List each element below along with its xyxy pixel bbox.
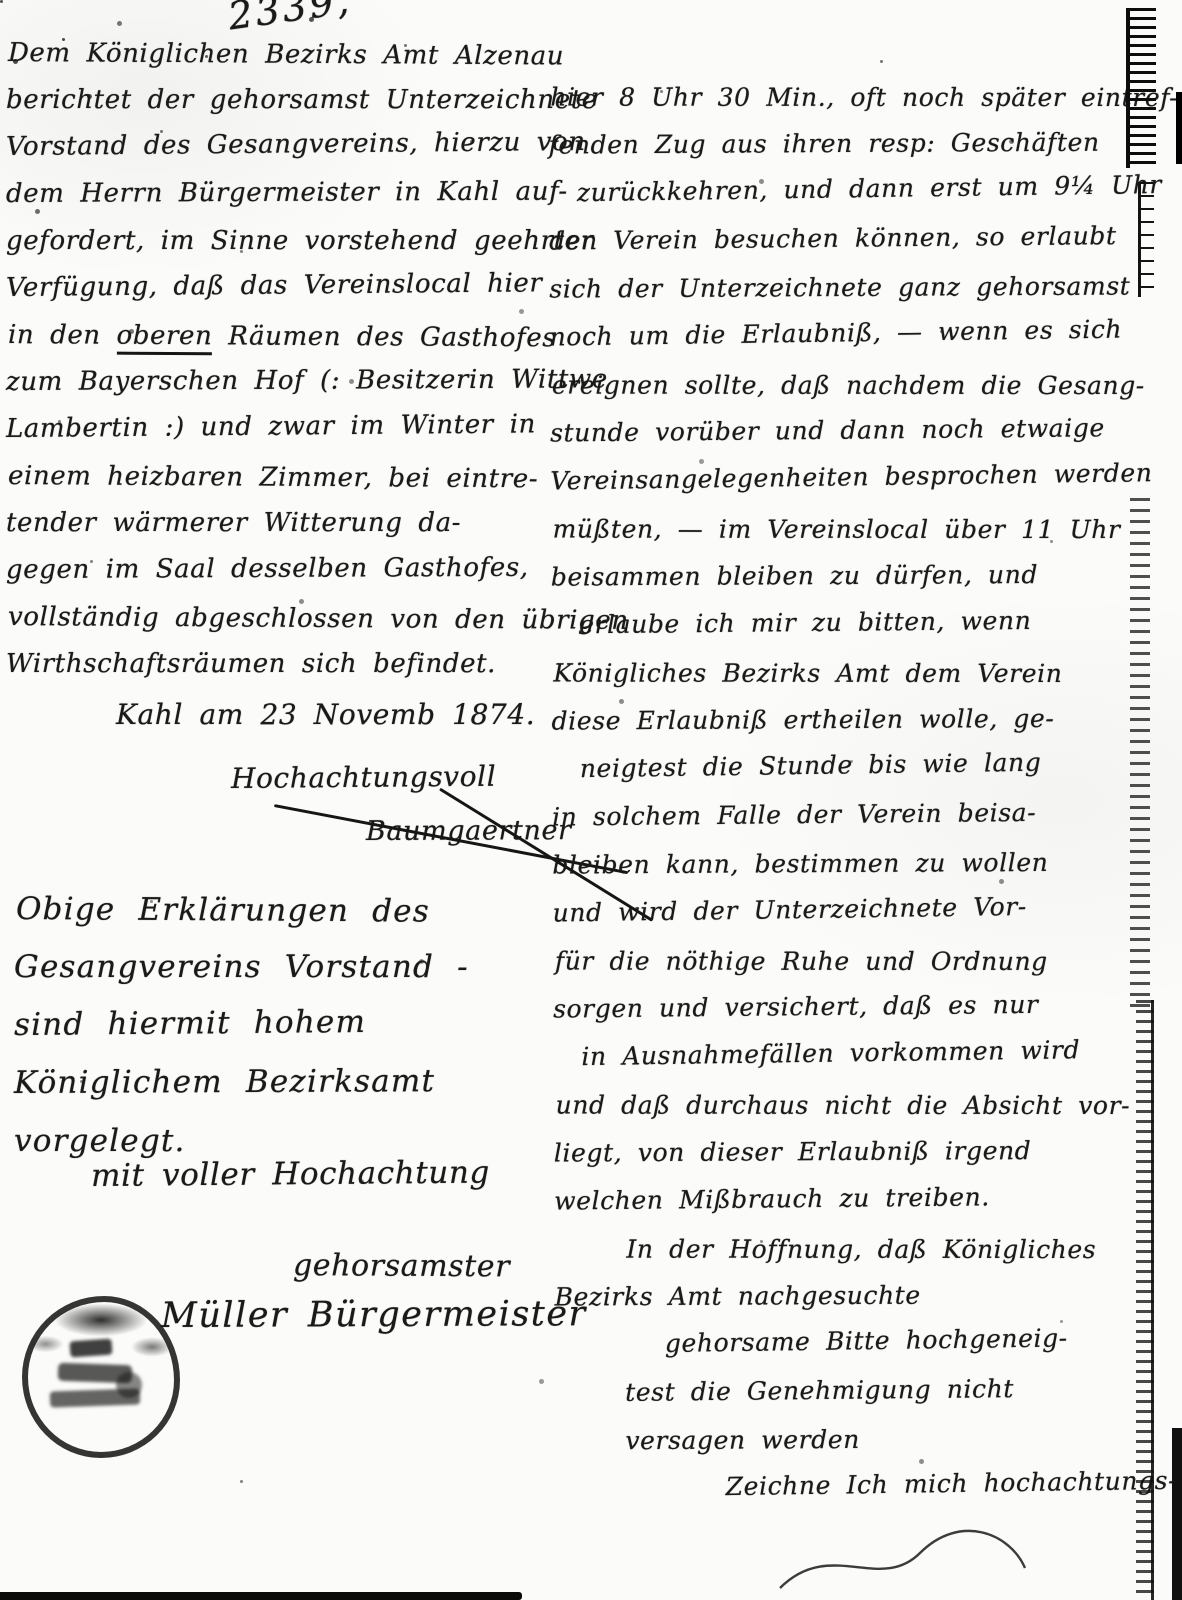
handwritten-line: neigtest die Stunde bis wie lang	[552, 737, 1138, 793]
binding-stitch-marks	[1136, 1000, 1154, 1600]
handwritten-line: Gesangvereins Vorstand -	[14, 938, 469, 996]
handwritten-line: Vereinsangelegenheiten besprochen werden	[550, 449, 1136, 505]
handwritten-line: noch um die Erlaubniß, — wenn es sich	[549, 305, 1135, 361]
handwritten-line: Königlichem Bezirksamt	[14, 1052, 469, 1112]
scan-edge-artifact	[1172, 1428, 1182, 1600]
binding-ruler-marks	[1138, 182, 1154, 297]
forwarding-note: Obige Erklärungen desGesangvereins Vorst…	[14, 880, 469, 1170]
handwritten-line: stunde vorüber und dann noch etwaige	[550, 404, 1135, 458]
handwritten-line: und daß durchaus nicht die Absicht vor-	[556, 1082, 1141, 1131]
handwritten-line: gegen im Saal desselben Gasthofes,	[6, 544, 627, 594]
handwritten-line: für die nöthige Ruhe und Ordnung	[555, 938, 1140, 987]
scan-noise-speckles	[0, 0, 3, 3]
handwritten-line: Vorstand des Gesangvereins, hierzu von	[6, 119, 627, 171]
handwritten-line: Obige Erklärungen des	[16, 880, 471, 941]
struck-signature: Baumgaertner	[366, 815, 572, 847]
right-column: hier 8 Uhr 30 Min., oft noch später eint…	[548, 70, 1141, 1513]
handwritten-line: in solchem Falle der Verein beisa-	[552, 788, 1137, 842]
binding-comb-marks	[1126, 8, 1156, 168]
pen-flourish	[770, 1528, 1030, 1598]
stamp-smudge	[69, 1339, 112, 1358]
handwritten-line: zum Bayerschen Hof (: Besitzerin Wittwe	[6, 356, 627, 406]
handwritten-line: in Ausnahmefällen vorkommen wird	[553, 1025, 1139, 1081]
handwritten-line: sind hiermit hohem	[14, 992, 469, 1054]
handwritten-line: Dem Königlichen Bezirks Amt Alzenau	[8, 30, 629, 81]
handwritten-line: liegt, von dieser Erlaubniß irgend	[554, 1126, 1139, 1177]
handwritten-line: gehorsame Bitte hochgeneig-	[555, 1313, 1141, 1369]
handwritten-line: beisammen bleiben zu dürfen, und	[551, 550, 1136, 601]
handwritten-line: hier 8 Uhr 30 Min., oft noch später eint…	[550, 74, 1135, 123]
valediction-line: mit voller Hochachtung	[91, 1155, 490, 1194]
handwritten-line: erlaube ich mir zu bitten, wenn	[551, 596, 1136, 650]
handwritten-line: den Verein besuchen können, so erlaubt	[549, 212, 1134, 266]
closing-line: Hochachtungsvoll	[231, 760, 496, 795]
handwritten-line: einem heizbaren Zimmer, bei eintre-	[8, 453, 629, 504]
left-body-text: Dem Königlichen Bezirks Amt Alzenauberic…	[6, 30, 627, 688]
right-body-text: hier 8 Uhr 30 Min., oft noch später eint…	[548, 70, 1141, 1513]
handwritten-line: dem Herrn Bürgermeister in Kahl auf-	[6, 168, 627, 218]
scanned-document-page: 2339, Dem Königlichen Bezirks Amt Alzena…	[0, 0, 1182, 1600]
handwritten-line: Lambertin :) und zwar im Winter in	[6, 401, 627, 453]
underlined-word: oberen	[116, 321, 212, 356]
circular-ink-stamp	[22, 1296, 180, 1458]
handwritten-line: Verfügung, daß das Vereinslocal hier	[6, 260, 627, 312]
scan-edge-artifact	[1176, 92, 1182, 164]
handwritten-line: ereignen sollte, daß nachdem die Gesang-	[552, 362, 1137, 411]
handwritten-line: test die Genehmigung nicht	[555, 1364, 1140, 1418]
mayor-signature: Müller Bürgermeister	[161, 1294, 587, 1336]
handwritten-line: Königliches Bezirks Amt dem Verein	[553, 650, 1138, 699]
handwritten-line: Wirthschaftsräumen sich befindet.	[6, 641, 627, 688]
date-line: Kahl am 23 Novemb 1874.	[116, 698, 535, 731]
handwritten-line: und wird der Unterzeichnete Vor-	[552, 881, 1138, 937]
handwritten-line: berichtet der gehorsamst Unterzeichnete	[6, 77, 627, 124]
handwritten-line: Zeichne Ich mich hochachtungs-	[555, 1457, 1141, 1513]
handwritten-line: In der Hoffnung, daß Königliches	[556, 1226, 1141, 1275]
handwritten-line: welchen Mißbrauch zu treiben.	[554, 1172, 1139, 1226]
handwritten-line: tender wärmerer Witterung da-	[6, 500, 627, 547]
handwritten-line: in den oberen Räumen des Gasthofes	[8, 312, 629, 363]
handwritten-line: vollständig abgeschlossen von den übrige…	[8, 594, 629, 645]
handwritten-line: zurückkehren, und dann erst um 9¼ Uhr	[549, 161, 1135, 217]
stamp-smudge	[116, 1372, 142, 1398]
handwritten-line: sorgen und versichert, daß es nur	[553, 980, 1138, 1034]
handwritten-line: müßten, — im Vereinslocal über 11 Uhr	[553, 506, 1138, 555]
valediction-line: gehorsamster	[293, 1248, 510, 1284]
scan-bottom-bar	[0, 1592, 522, 1600]
handwritten-line: gefordert, im Sinne vorstehend geehrter	[6, 218, 627, 265]
binding-stitch-marks	[1130, 498, 1150, 1008]
